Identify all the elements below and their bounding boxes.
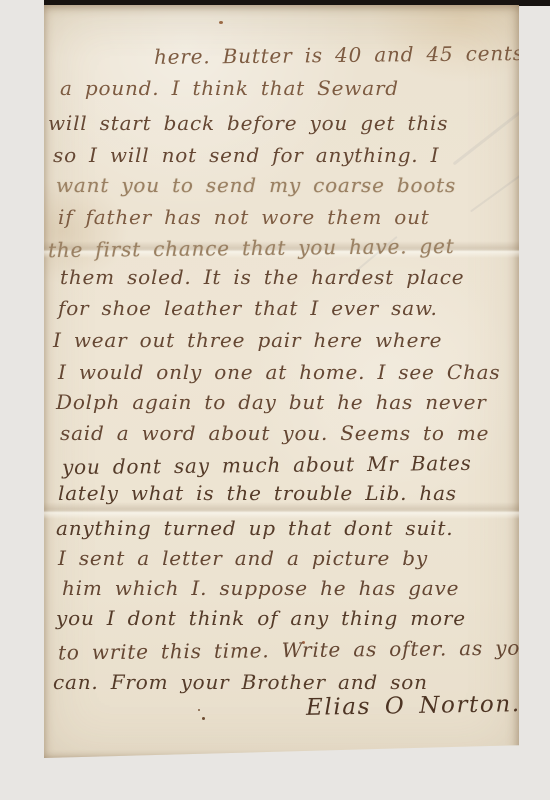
letter-line: the first chance that you have. get	[48, 233, 455, 263]
letter-line: I wear out three pair here where	[53, 327, 442, 353]
letter-line: them soled. It is the hardest place	[60, 264, 464, 290]
letter-line: if father has not wore them out	[58, 204, 430, 230]
letter-line: want you to send my coarse boots	[56, 172, 456, 198]
pencil-ghost-mark	[453, 108, 526, 166]
signature: Elias O Norton.	[306, 691, 521, 721]
letter-line: you dont say much about Mr Bates	[62, 450, 472, 480]
dust-speck	[198, 709, 200, 711]
letter-line: him which I. suppose he has gave	[62, 575, 459, 601]
letter-line: said a word about you. Seems to me	[60, 420, 489, 446]
letter-line: I sent a letter and a picture by	[58, 545, 428, 571]
letter-line: anything turned up that dont suit.	[56, 515, 453, 541]
letter-line: a pound. I think that Seward	[60, 75, 399, 101]
pencil-ghost-mark	[470, 170, 528, 213]
letter-line: here. Butter is 40 and 45 cents	[154, 40, 524, 70]
letter-line: to write this time. Write as ofter. as y…	[58, 635, 534, 666]
letter-line: you I dont think of any thing more	[56, 605, 466, 631]
letter-line: can. From your Brother and son	[53, 669, 428, 695]
letter-line: for shoe leather that I ever saw.	[58, 295, 438, 321]
letter-line: Dolph again to day but he has never	[56, 389, 487, 415]
dust-speck	[219, 21, 223, 24]
letter-line: so I will not send for anything. I	[53, 142, 439, 168]
letter-line: will start back before you get this	[48, 110, 448, 136]
letter-line: I would only one at home. I see Chas	[58, 359, 500, 385]
letter-line: lately what is the trouble Lib. has	[58, 480, 457, 506]
dust-speck	[202, 717, 205, 720]
scan-background: { "document_type": "handwritten-letter-s…	[0, 0, 550, 800]
letter-page: here. Butter is 40 and 45 cents a pound.…	[44, 5, 519, 758]
